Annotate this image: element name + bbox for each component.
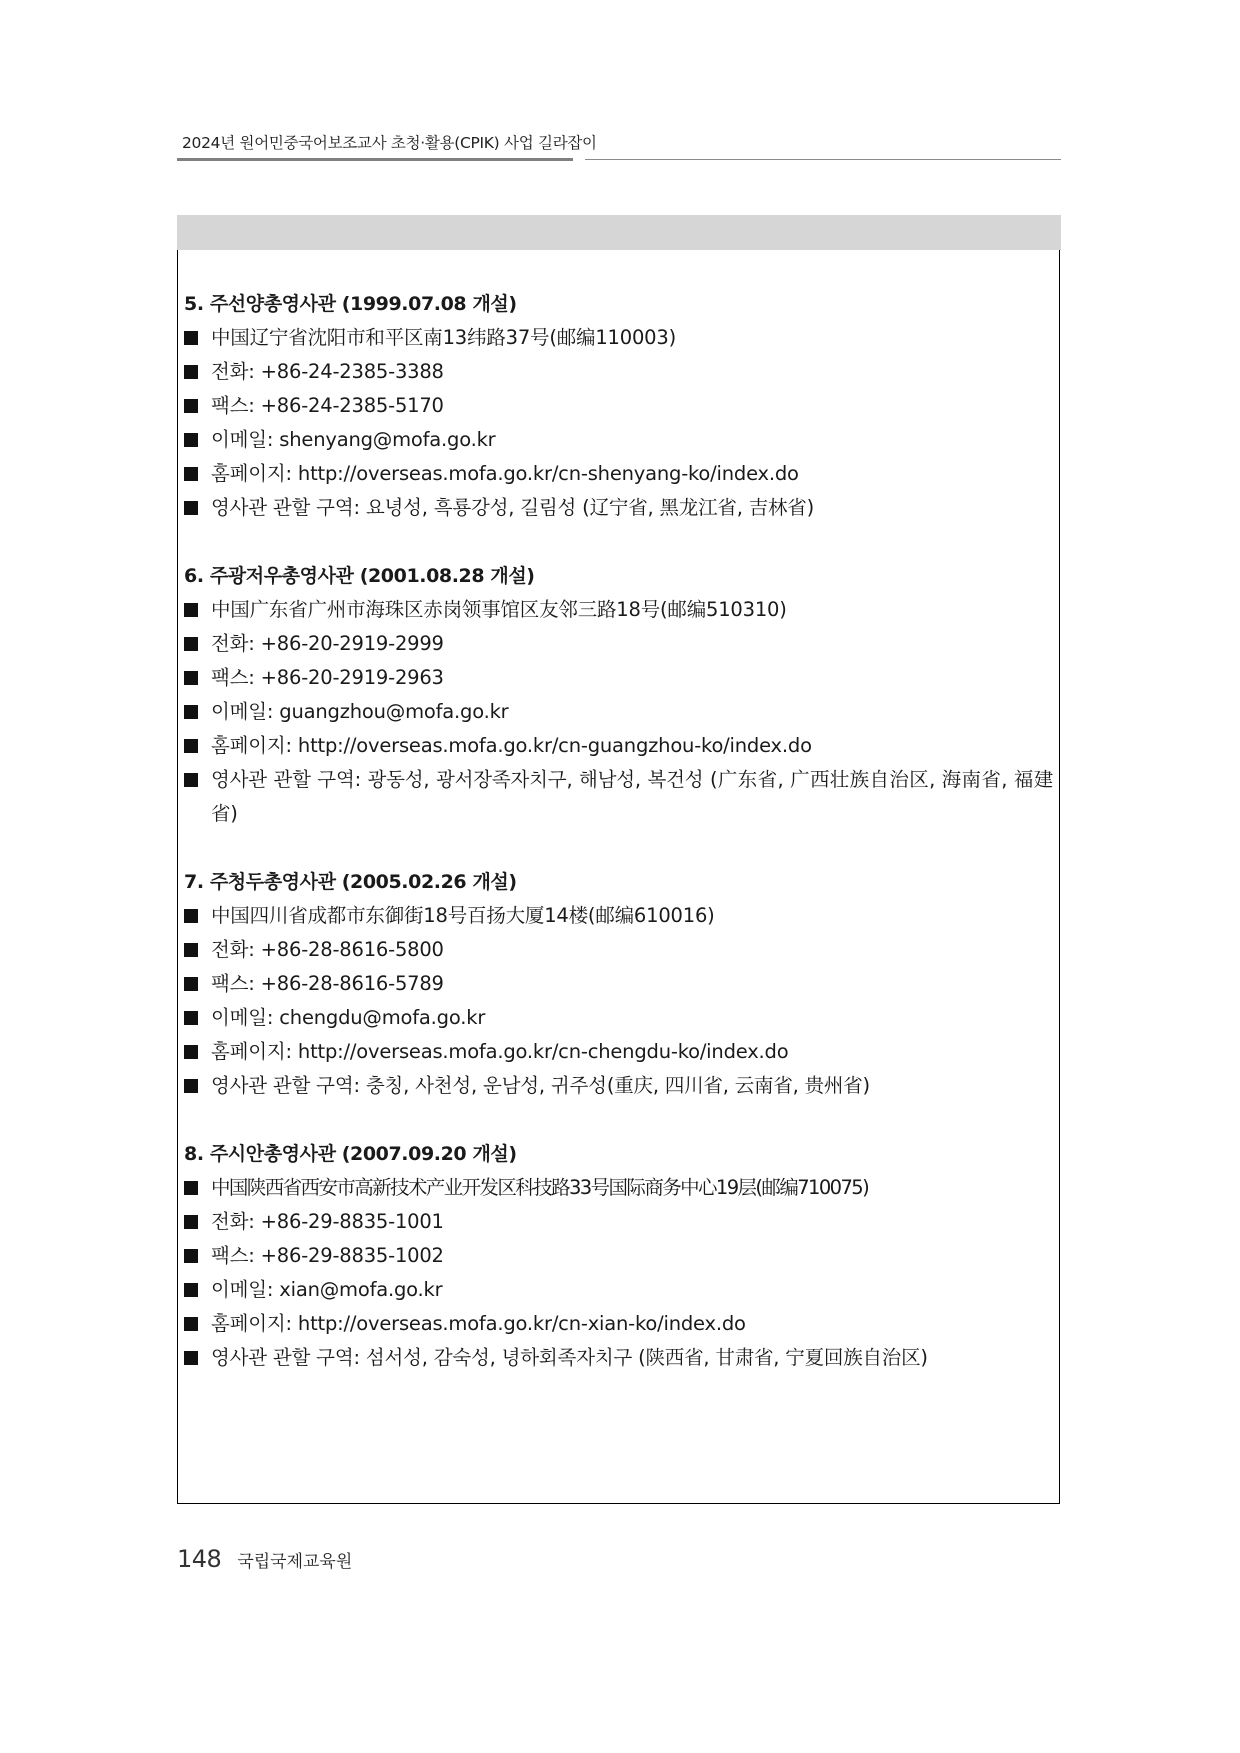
square-bullet-icon bbox=[184, 1317, 198, 1331]
publisher-name: 국립국제교육원 bbox=[237, 1547, 352, 1572]
square-bullet-icon bbox=[184, 501, 198, 515]
square-bullet-icon bbox=[184, 1249, 198, 1263]
email-text: 이메일: shenyang@mofa.go.kr bbox=[211, 423, 1053, 457]
page-number: 148 bbox=[177, 1545, 221, 1573]
email-item: 이메일: shenyang@mofa.go.kr bbox=[184, 423, 1053, 457]
square-bullet-icon bbox=[184, 1011, 198, 1025]
consulate-section-chengdu: 7. 주청두총영사관 (2005.02.26 개설) 中国四川省成都市东御街18… bbox=[184, 865, 1053, 1103]
square-bullet-icon bbox=[184, 977, 198, 991]
phone-item: 전화: +86-20-2919-2999 bbox=[184, 627, 1053, 661]
homepage-link[interactable]: 홈페이지: http://overseas.mofa.go.kr/cn-shen… bbox=[211, 457, 1053, 491]
square-bullet-icon bbox=[184, 705, 198, 719]
email-text: 이메일: guangzhou@mofa.go.kr bbox=[211, 695, 1053, 729]
header-rule-thick bbox=[177, 158, 573, 161]
square-bullet-icon bbox=[184, 773, 198, 787]
square-bullet-icon bbox=[184, 331, 198, 345]
homepage-link[interactable]: 홈페이지: http://overseas.mofa.go.kr/cn-guan… bbox=[211, 729, 1053, 763]
square-bullet-icon bbox=[184, 603, 198, 617]
section-title: 5. 주선양총영사관 (1999.07.08 개설) bbox=[184, 287, 1053, 321]
address-text: 中国四川省成都市东御街18号百扬大厦14楼(邮编610016) bbox=[211, 899, 1053, 933]
square-bullet-icon bbox=[184, 909, 198, 923]
square-bullet-icon bbox=[184, 1283, 198, 1297]
square-bullet-icon bbox=[184, 399, 198, 413]
email-text: 이메일: chengdu@mofa.go.kr bbox=[211, 1001, 1053, 1035]
address-item: 中国广东省广州市海珠区赤岗领事馆区友邻三路18号(邮编510310) bbox=[184, 593, 1053, 627]
fax-text: 팩스: +86-20-2919-2963 bbox=[211, 661, 1053, 695]
homepage-item: 홈페이지: http://overseas.mofa.go.kr/cn-xian… bbox=[184, 1307, 1053, 1341]
square-bullet-icon bbox=[184, 467, 198, 481]
fax-item: 팩스: +86-29-8835-1002 bbox=[184, 1239, 1053, 1273]
square-bullet-icon bbox=[184, 1215, 198, 1229]
fax-text: 팩스: +86-28-8616-5789 bbox=[211, 967, 1053, 1001]
phone-item: 전화: +86-28-8616-5800 bbox=[184, 933, 1053, 967]
square-bullet-icon bbox=[184, 671, 198, 685]
consulate-section-shenyang: 5. 주선양총영사관 (1999.07.08 개설) 中国辽宁省沈阳市和平区南1… bbox=[184, 287, 1053, 525]
page-footer: 148 국립국제교육원 bbox=[177, 1545, 352, 1573]
section-title: 6. 주광저우총영사관 (2001.08.28 개설) bbox=[184, 559, 1053, 593]
jurisdiction-item: 영사관 관할 구역: 섬서성, 감숙성, 녕하회족자치구 (陕西省, 甘肃省, … bbox=[184, 1341, 1053, 1375]
homepage-link[interactable]: 홈페이지: http://overseas.mofa.go.kr/cn-xian… bbox=[211, 1307, 1053, 1341]
square-bullet-icon bbox=[184, 365, 198, 379]
address-item: 中国辽宁省沈阳市和平区南13纬路37号(邮编110003) bbox=[184, 321, 1053, 355]
square-bullet-icon bbox=[184, 637, 198, 651]
jurisdiction-item: 영사관 관할 구역: 요녕성, 흑룡강성, 길림성 (辽宁省, 黑龙江省, 吉林… bbox=[184, 491, 1053, 525]
email-item: 이메일: xian@mofa.go.kr bbox=[184, 1273, 1053, 1307]
phone-text: 전화: +86-20-2919-2999 bbox=[211, 627, 1053, 661]
phone-text: 전화: +86-28-8616-5800 bbox=[211, 933, 1053, 967]
email-item: 이메일: guangzhou@mofa.go.kr bbox=[184, 695, 1053, 729]
jurisdiction-text: 영사관 관할 구역: 충칭, 사천성, 운남성, 귀주성(重庆, 四川省, 云南… bbox=[211, 1069, 1053, 1103]
running-header: 2024년 원어민중국어보조교사 초청·활용(CPIK) 사업 길라잡이 bbox=[182, 131, 597, 153]
fax-item: 팩스: +86-20-2919-2963 bbox=[184, 661, 1053, 695]
address-item: 中国陕西省西安市高新技术产业开发区科技路33号国际商务中心19层(邮编71007… bbox=[184, 1171, 1053, 1205]
email-item: 이메일: chengdu@mofa.go.kr bbox=[184, 1001, 1053, 1035]
homepage-link[interactable]: 홈페이지: http://overseas.mofa.go.kr/cn-chen… bbox=[211, 1035, 1053, 1069]
phone-item: 전화: +86-24-2385-3388 bbox=[184, 355, 1053, 389]
jurisdiction-text: 영사관 관할 구역: 섬서성, 감숙성, 녕하회족자치구 (陕西省, 甘肃省, … bbox=[211, 1341, 1053, 1375]
square-bullet-icon bbox=[184, 943, 198, 957]
fax-item: 팩스: +86-28-8616-5789 bbox=[184, 967, 1053, 1001]
section-title: 7. 주청두총영사관 (2005.02.26 개설) bbox=[184, 865, 1053, 899]
square-bullet-icon bbox=[184, 1079, 198, 1093]
jurisdiction-item: 영사관 관할 구역: 충칭, 사천성, 운남성, 귀주성(重庆, 四川省, 云南… bbox=[184, 1069, 1053, 1103]
square-bullet-icon bbox=[184, 1181, 198, 1195]
fax-text: 팩스: +86-24-2385-5170 bbox=[211, 389, 1053, 423]
fax-text: 팩스: +86-29-8835-1002 bbox=[211, 1239, 1053, 1273]
address-text: 中国广东省广州市海珠区赤岗领事馆区友邻三路18号(邮编510310) bbox=[211, 593, 1053, 627]
square-bullet-icon bbox=[184, 1045, 198, 1059]
square-bullet-icon bbox=[184, 739, 198, 753]
jurisdiction-text: 영사관 관할 구역: 요녕성, 흑룡강성, 길림성 (辽宁省, 黑龙江省, 吉林… bbox=[211, 491, 1053, 525]
homepage-item: 홈페이지: http://overseas.mofa.go.kr/cn-chen… bbox=[184, 1035, 1053, 1069]
box-header-band bbox=[177, 215, 1061, 250]
address-text: 中国辽宁省沈阳市和平区南13纬路37号(邮编110003) bbox=[211, 321, 1053, 355]
homepage-item: 홈페이지: http://overseas.mofa.go.kr/cn-guan… bbox=[184, 729, 1053, 763]
square-bullet-icon bbox=[184, 433, 198, 447]
consulate-section-xian: 8. 주시안총영사관 (2007.09.20 개설) 中国陕西省西安市高新技术产… bbox=[184, 1137, 1053, 1375]
phone-item: 전화: +86-29-8835-1001 bbox=[184, 1205, 1053, 1239]
consulate-section-guangzhou: 6. 주광저우총영사관 (2001.08.28 개설) 中国广东省广州市海珠区赤… bbox=[184, 559, 1053, 831]
email-text: 이메일: xian@mofa.go.kr bbox=[211, 1273, 1053, 1307]
phone-text: 전화: +86-29-8835-1001 bbox=[211, 1205, 1053, 1239]
jurisdiction-text: 영사관 관할 구역: 광동성, 광서장족자치구, 해남성, 복건성 (广东省, … bbox=[211, 763, 1053, 831]
homepage-item: 홈페이지: http://overseas.mofa.go.kr/cn-shen… bbox=[184, 457, 1053, 491]
header-rule-thin bbox=[585, 159, 1061, 160]
phone-text: 전화: +86-24-2385-3388 bbox=[211, 355, 1053, 389]
section-title: 8. 주시안총영사관 (2007.09.20 개설) bbox=[184, 1137, 1053, 1171]
address-item: 中国四川省成都市东御街18号百扬大厦14楼(邮编610016) bbox=[184, 899, 1053, 933]
square-bullet-icon bbox=[184, 1351, 198, 1365]
fax-item: 팩스: +86-24-2385-5170 bbox=[184, 389, 1053, 423]
address-text: 中国陕西省西安市高新技术产业开发区科技路33号国际商务中心19层(邮编71007… bbox=[211, 1171, 1053, 1205]
box-content: 5. 주선양총영사관 (1999.07.08 개설) 中国辽宁省沈阳市和平区南1… bbox=[184, 287, 1053, 1409]
jurisdiction-item: 영사관 관할 구역: 광동성, 광서장족자치구, 해남성, 복건성 (广东省, … bbox=[184, 763, 1053, 831]
consulate-info-box: 5. 주선양총영사관 (1999.07.08 개설) 中国辽宁省沈阳市和平区南1… bbox=[177, 215, 1060, 1504]
